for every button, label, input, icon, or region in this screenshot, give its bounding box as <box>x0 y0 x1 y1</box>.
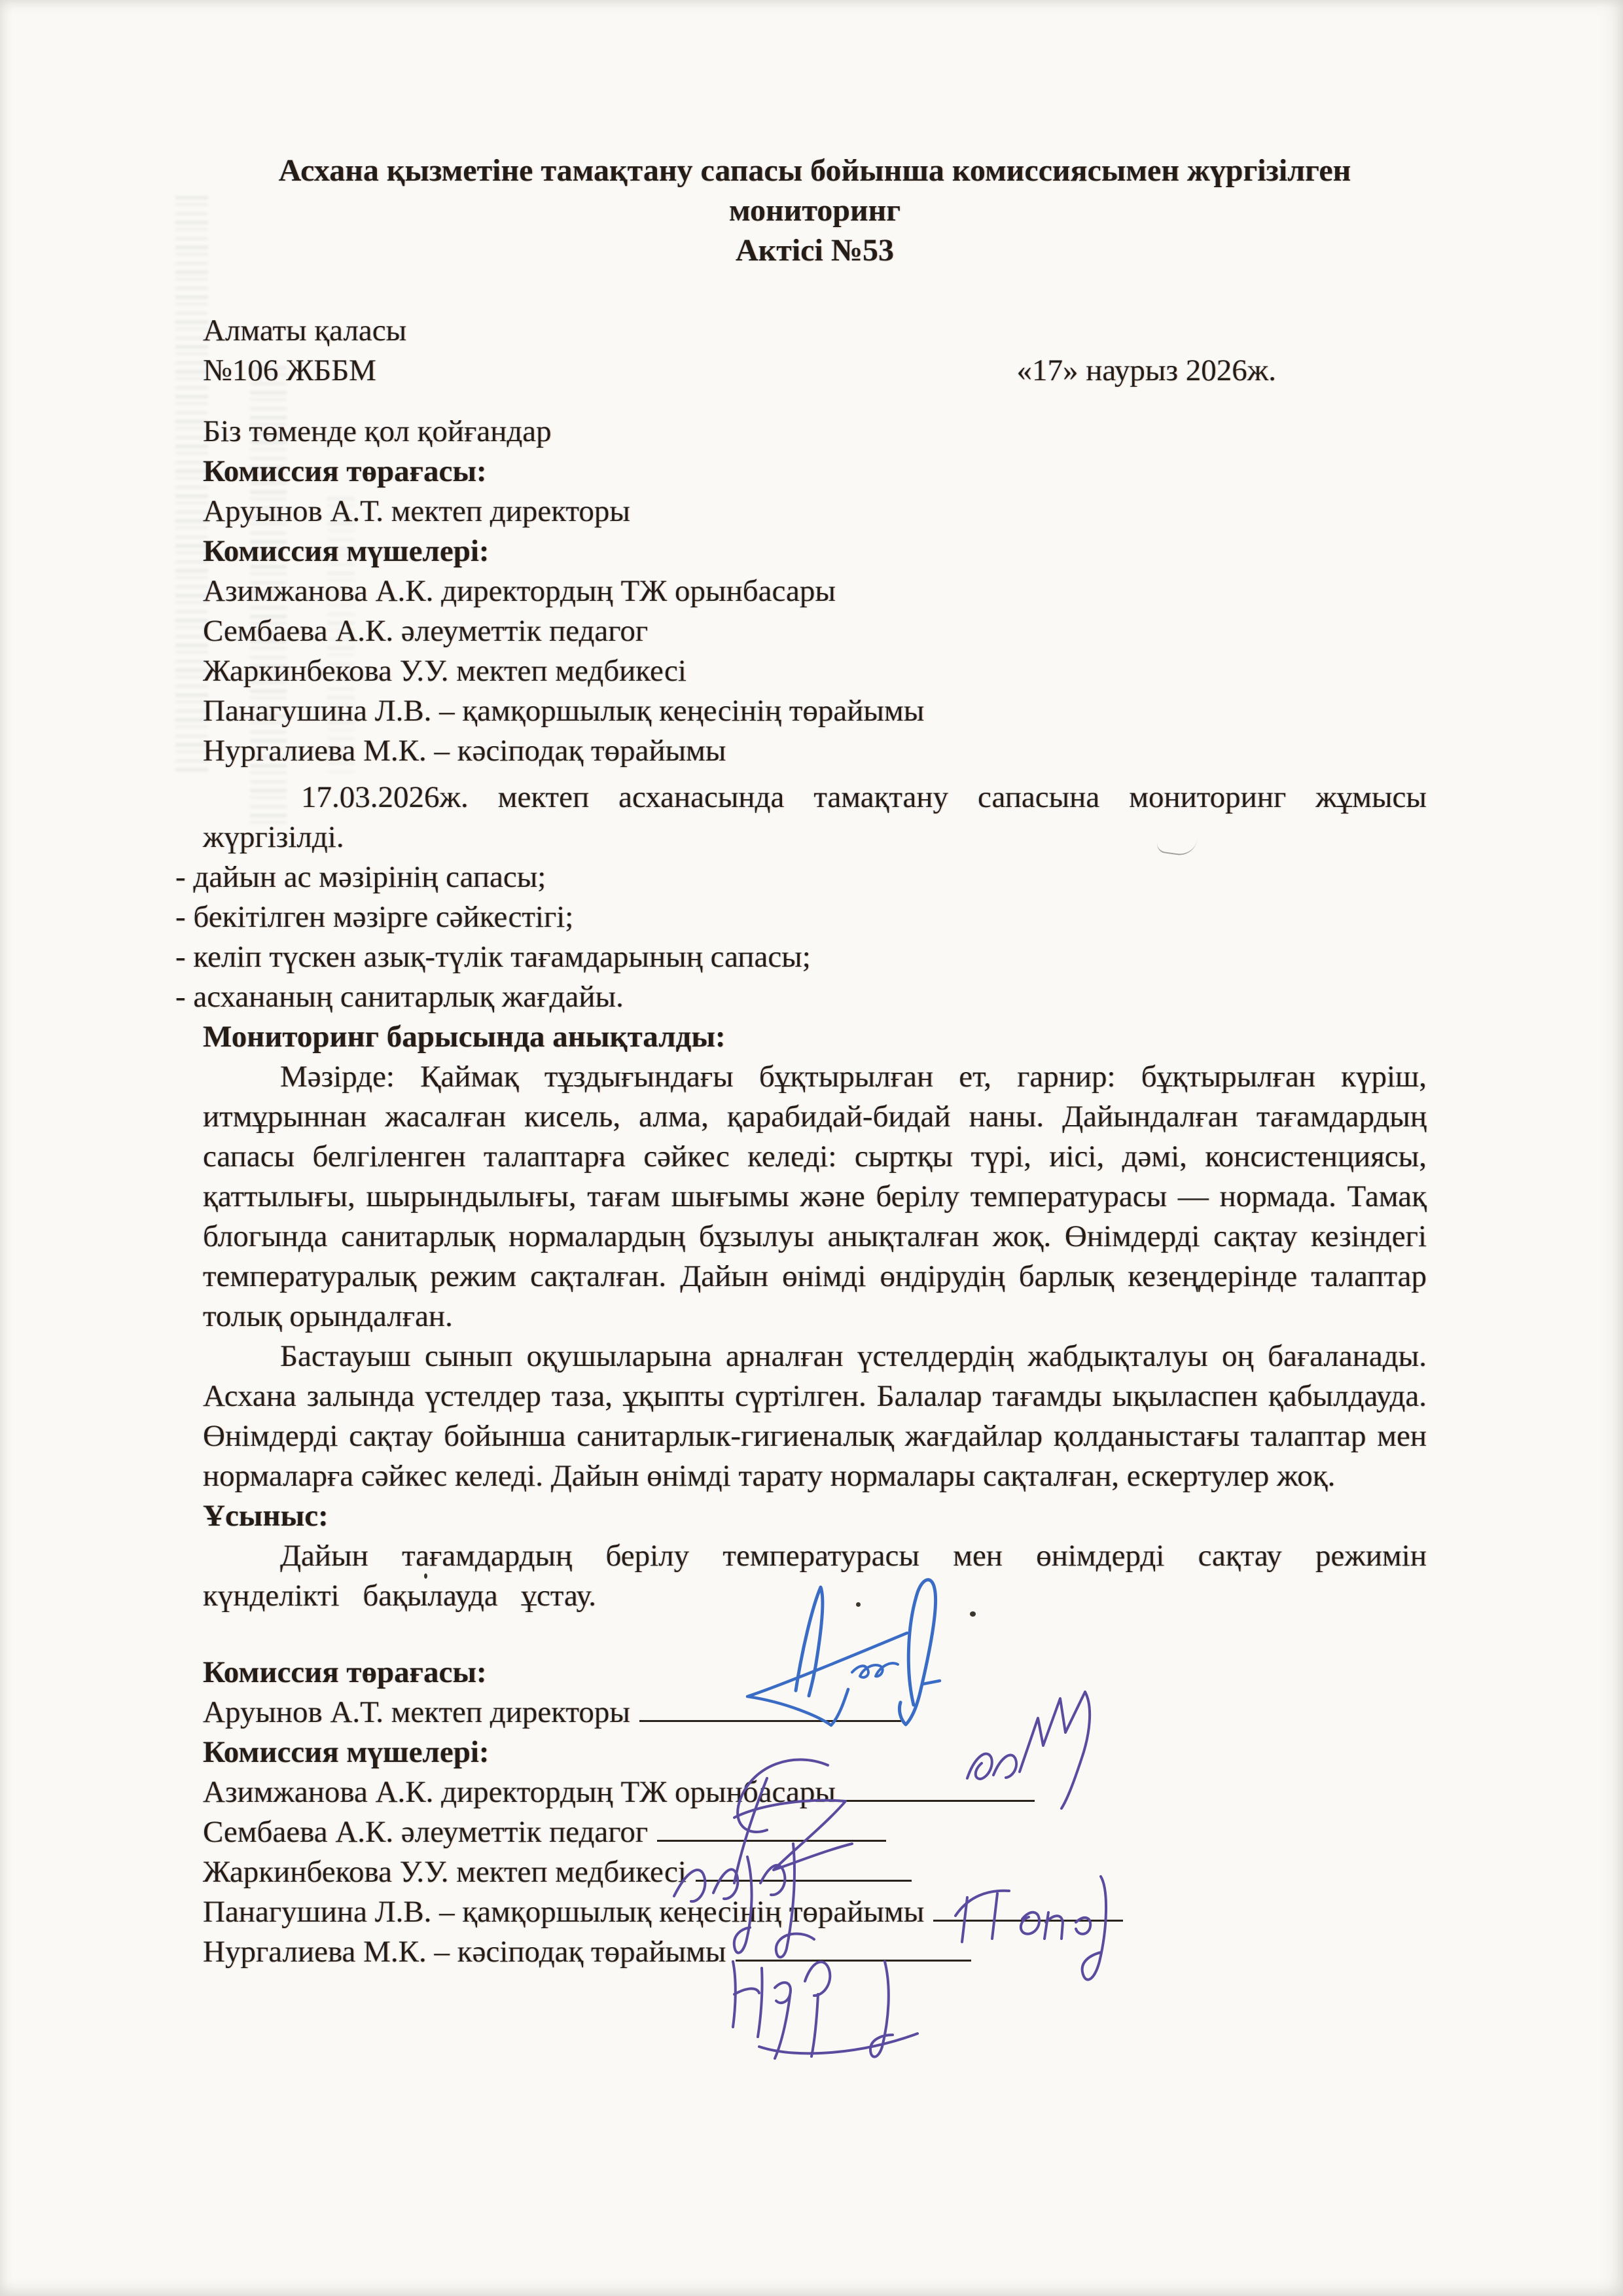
place-block: Алматы қаласы №106 ЖББМ <box>203 311 406 391</box>
title-line-1: Асхана қызметіне тамақтану сапасы бойынш… <box>203 151 1427 190</box>
signature-line <box>657 1836 886 1842</box>
member-line: Панагушина Л.В. – қамқоршылық кеңесінің … <box>203 691 1427 731</box>
document-meta-row: Алматы қаласы №106 ЖББМ «17» наурыз 2026… <box>203 311 1427 391</box>
signature-row: Нургалиева М.К. – кәсіподақ төрайымы <box>203 1932 1427 1972</box>
signature-line <box>845 1796 1035 1802</box>
member-line: Азимжанова А.К. директордың ТЖ орынбасар… <box>203 571 1427 611</box>
signer-label: Сембаева А.К. әлеуметтік педагог <box>203 1815 648 1849</box>
city-line: Алматы қаласы <box>203 311 406 351</box>
intro-line: Біз төменде қол қойғандар <box>203 412 1427 452</box>
signature-row: Сембаева А.К. әлеуметтік педагог <box>203 1812 1427 1852</box>
document-body: Асхана қызметіне тамақтану сапасы бойынш… <box>203 151 1427 1972</box>
signature-section: Комиссия төрағасы: Аруынов А.Т. мектеп д… <box>203 1653 1427 1972</box>
bullet-item: - асхананың санитарлық жағдайы. <box>175 977 1427 1017</box>
bullet-item: - бекітілген мәзірге сәйкестігі; <box>175 897 1427 937</box>
signer-label: Азимжанова А.К. директордың ТЖ орынбасар… <box>203 1775 836 1809</box>
recommendation-paragraph: Дайын тағамдардың берілу температурасы м… <box>203 1536 1427 1616</box>
signer-label: Нургалиева М.К. – кәсіподақ төрайымы <box>203 1935 726 1969</box>
title-line-3: Актісі №53 <box>203 230 1427 270</box>
signature-line <box>736 1956 971 1962</box>
findings-heading: Мониторинг барысында анықталды: <box>203 1017 1427 1057</box>
recommendation-heading: Ұсыныс: <box>203 1496 1427 1536</box>
document-title: Асхана қызметіне тамақтану сапасы бойынш… <box>203 151 1427 270</box>
title-line-2: мониторинг <box>203 190 1427 230</box>
date-line: «17» наурыз 2026ж. <box>1017 351 1277 391</box>
signature-line <box>639 1716 901 1722</box>
monitoring-intro-paragraph: 17.03.2026ж. мектеп асханасында тамақтан… <box>203 778 1427 857</box>
signature-row: Азимжанова А.К. директордың ТЖ орынбасар… <box>203 1772 1427 1812</box>
signing-chairman-heading: Комиссия төрағасы: <box>203 1653 1427 1693</box>
signer-label: Панагушина Л.В. – қамқоршылық кеңесінің … <box>203 1895 924 1929</box>
bullet-item: - дайын ас мәзірінің сапасы; <box>175 857 1427 897</box>
findings-paragraph-2: Бастауыш сынып оқушыларына арналған үсте… <box>203 1336 1427 1496</box>
member-line: Нургалиева М.К. – кәсіподақ төрайымы <box>203 731 1427 771</box>
signature-row: Панагушина Л.В. – қамқоршылық кеңесінің … <box>203 1892 1427 1932</box>
signing-members-heading: Комиссия мүшелері: <box>203 1732 1427 1772</box>
chairman-heading: Комиссия төрағасы: <box>203 452 1427 492</box>
signature-line <box>696 1876 912 1882</box>
school-line: №106 ЖББМ <box>203 351 406 391</box>
findings-paragraph-1: Мәзірде: Қаймақ тұздығындағы бұқтырылған… <box>203 1057 1427 1336</box>
members-heading: Комиссия мүшелері: <box>203 531 1427 571</box>
scanned-document-page: Асхана қызметіне тамақтану сапасы бойынш… <box>0 0 1623 2296</box>
signature-line <box>933 1916 1123 1922</box>
member-line: Жаркинбекова У.У. мектеп медбикесі <box>203 651 1427 691</box>
signature-row: Аруынов А.Т. мектеп директоры <box>203 1693 1427 1732</box>
chairman-line: Аруынов А.Т. мектеп директоры <box>203 492 1427 531</box>
bullet-item: - келіп түскен азық-түлік тағамдарының с… <box>175 937 1427 977</box>
member-line: Сембаева А.К. әлеуметтік педагог <box>203 611 1427 651</box>
signer-label: Аруынов А.Т. мектеп директоры <box>203 1695 630 1729</box>
signature-row: Жаркинбекова У.У. мектеп медбикесі <box>203 1852 1427 1892</box>
signer-label: Жаркинбекова У.У. мектеп медбикесі <box>203 1855 687 1889</box>
